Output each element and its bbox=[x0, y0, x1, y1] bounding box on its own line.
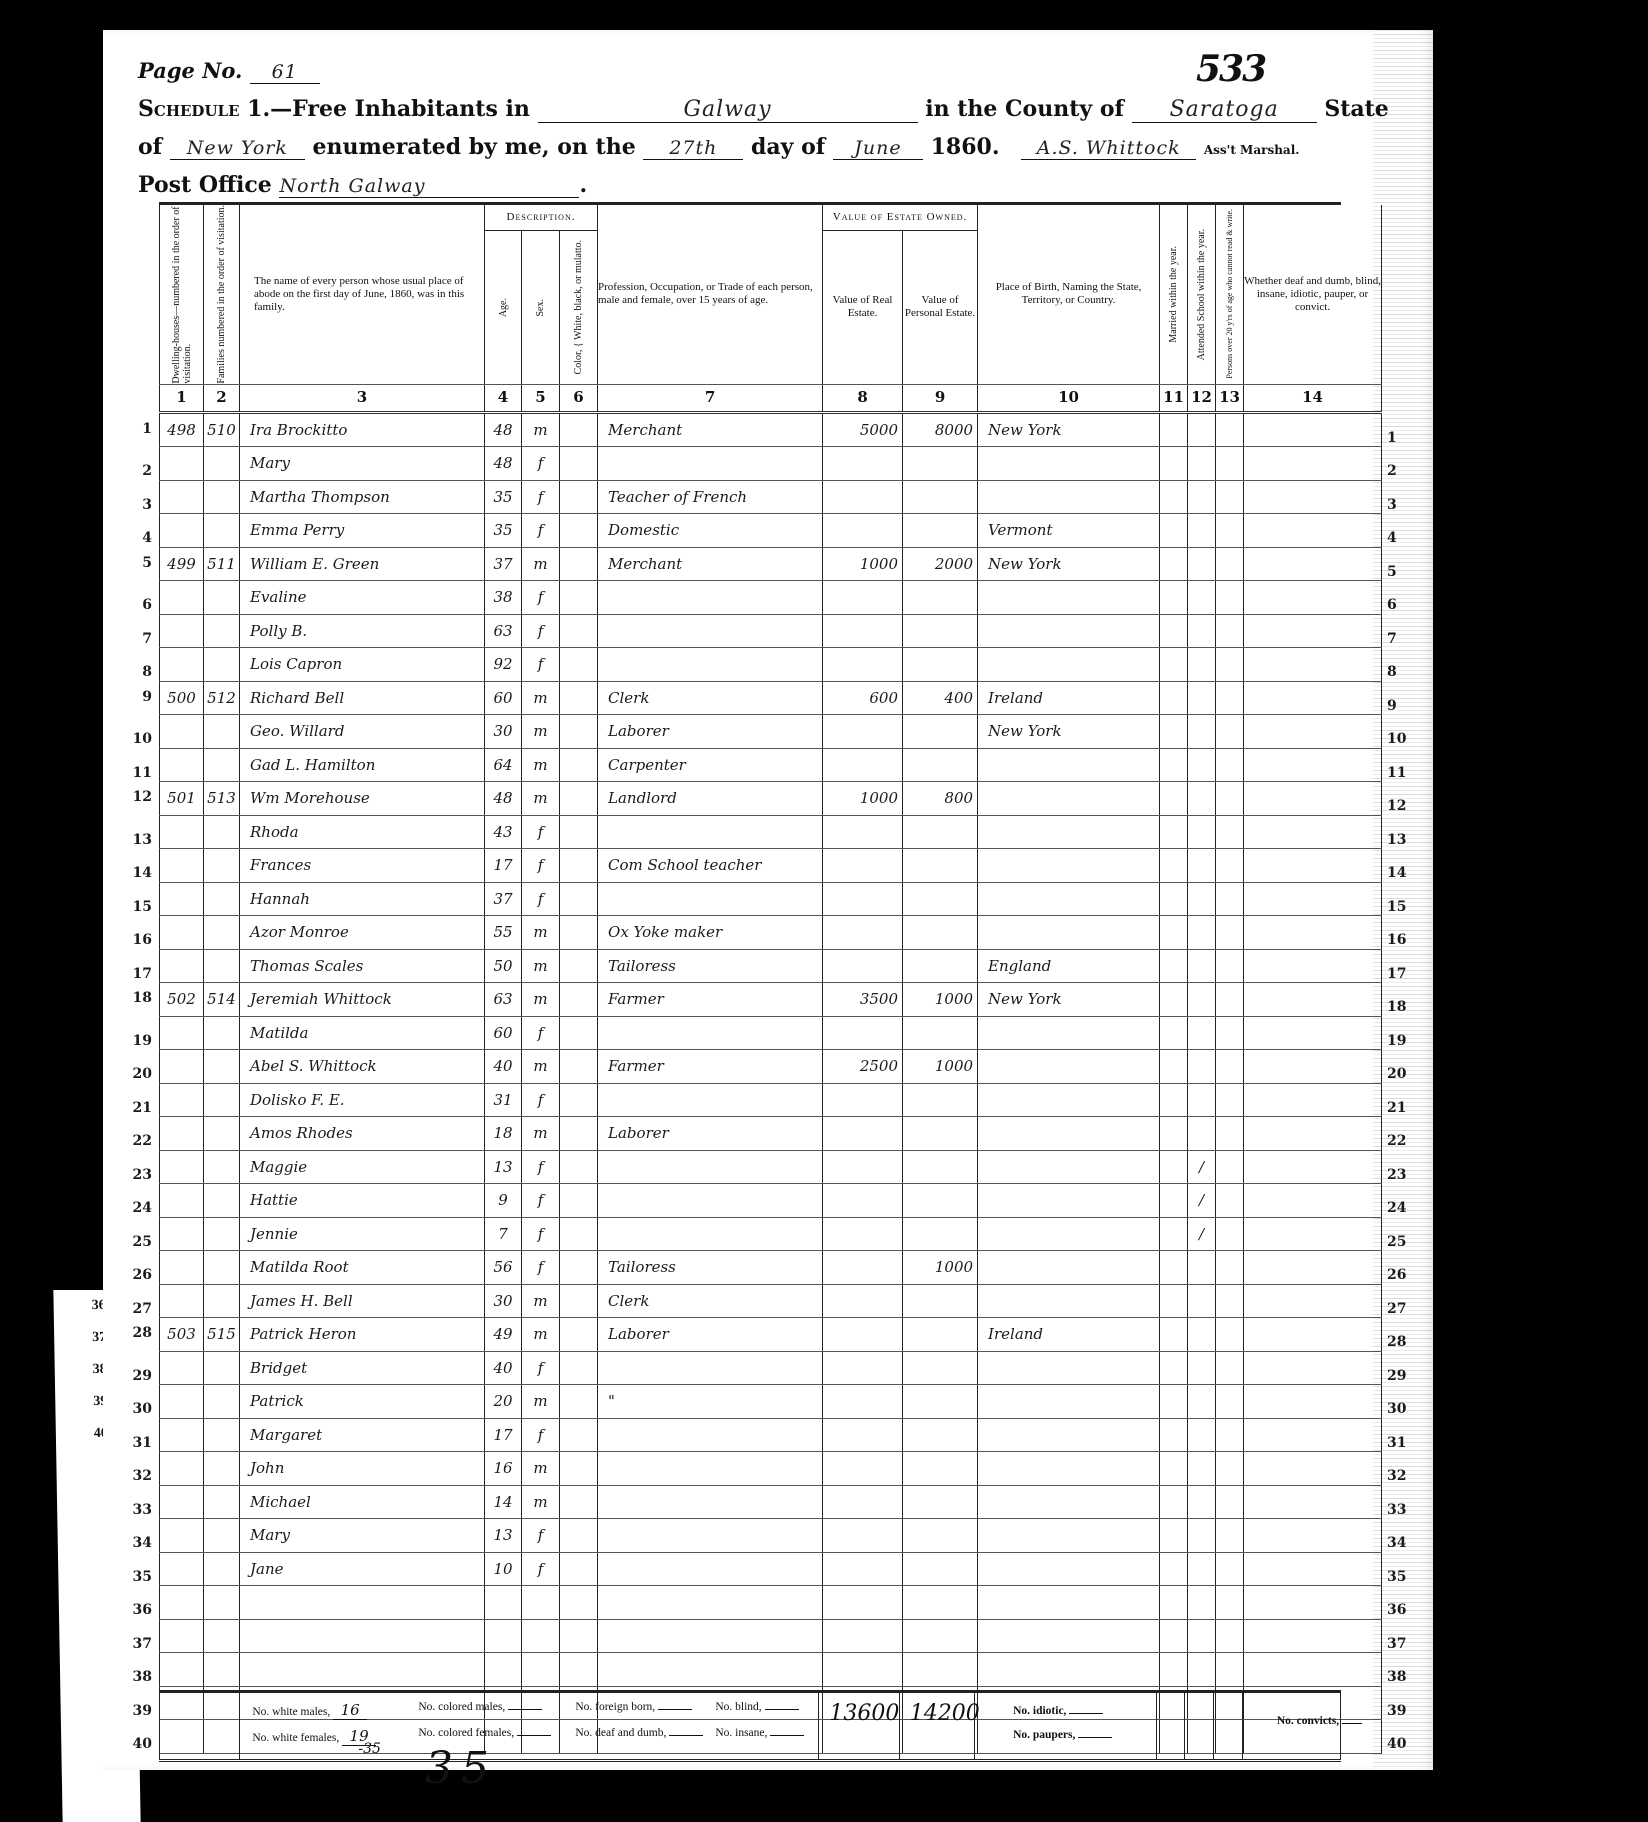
sex-cell: m bbox=[522, 681, 560, 715]
real-estate-cell bbox=[823, 949, 903, 983]
dwelling-number-cell: 38 bbox=[160, 1653, 204, 1687]
line-number-left: 7 bbox=[122, 631, 152, 647]
white-persons-total: -35 bbox=[358, 1741, 381, 1757]
age-cell: 40 bbox=[485, 1050, 522, 1084]
occupation-value: Domestic bbox=[608, 521, 679, 539]
condition-cell: 37 bbox=[1244, 1619, 1382, 1653]
personal-estate-cell bbox=[903, 1519, 978, 1553]
occupation-cell bbox=[598, 614, 823, 648]
sex-value: f bbox=[538, 1359, 544, 1377]
married-cell bbox=[1160, 1586, 1188, 1620]
age-value: 10 bbox=[493, 1560, 512, 1578]
sex-cell: m bbox=[522, 949, 560, 983]
family-number-cell bbox=[204, 1485, 240, 1519]
family-number-cell bbox=[204, 882, 240, 916]
line-number-right: 8 bbox=[1387, 664, 1417, 680]
married-cell bbox=[1160, 815, 1188, 849]
name-value: Patrick Heron bbox=[250, 1325, 356, 1343]
table-row: 50328515Patrick Heron49mLaborerIreland28 bbox=[160, 1318, 1382, 1352]
column-header-personal-estate: Value of Personal Estate. bbox=[903, 231, 978, 385]
school-cell bbox=[1188, 1485, 1216, 1519]
age-cell: 92 bbox=[485, 648, 522, 682]
paupers-count: No. paupers, bbox=[1013, 1729, 1112, 1741]
personal-estate-cell: 1000 bbox=[903, 983, 978, 1017]
age-value: 37 bbox=[493, 890, 512, 908]
school-cell bbox=[1188, 581, 1216, 615]
table-row: 3838 bbox=[160, 1653, 1382, 1687]
dwelling-number-cell: 3 bbox=[160, 480, 204, 514]
condition-cell: 5 bbox=[1244, 547, 1382, 581]
occupation-value: Teacher of French bbox=[608, 488, 747, 506]
occupation-cell bbox=[598, 1552, 823, 1586]
birthplace-cell bbox=[978, 1117, 1160, 1151]
schedule-title-bold: Schedule 1. bbox=[138, 96, 270, 122]
school-cell bbox=[1188, 1586, 1216, 1620]
column-header-sex: Sex. bbox=[522, 231, 560, 385]
age-cell: 63 bbox=[485, 614, 522, 648]
sex-value: m bbox=[533, 421, 547, 439]
color-cell bbox=[560, 581, 598, 615]
real-estate-cell bbox=[823, 1619, 903, 1653]
personal-estate-value: 2000 bbox=[935, 555, 973, 573]
personal-estate-cell bbox=[903, 1217, 978, 1251]
family-number-value: 511 bbox=[207, 555, 236, 573]
birthplace-cell: England bbox=[978, 949, 1160, 983]
real-estate-total: 13600 bbox=[829, 1701, 899, 1726]
marshal-signature: A.S. Whittock bbox=[1021, 137, 1196, 160]
column-group-estate: Value of Estate Owned. bbox=[823, 205, 978, 231]
sex-cell: f bbox=[522, 882, 560, 916]
color-cell bbox=[560, 1050, 598, 1084]
age-value: 40 bbox=[493, 1359, 512, 1377]
family-number-cell: 511 bbox=[204, 547, 240, 581]
family-number-cell bbox=[204, 1619, 240, 1653]
school-cell bbox=[1188, 648, 1216, 682]
enumeration-line: of New York enumerated by me, on the 27t… bbox=[138, 134, 1299, 160]
line-number-right: 7 bbox=[1387, 631, 1417, 647]
married-cell bbox=[1160, 1653, 1188, 1687]
family-number-cell bbox=[204, 1653, 240, 1687]
sex-cell: m bbox=[522, 782, 560, 816]
name-cell: Margaret bbox=[240, 1418, 485, 1452]
birthplace-cell bbox=[978, 648, 1160, 682]
condition-cell: 7 bbox=[1244, 614, 1382, 648]
table-row: 31Margaret17f31 bbox=[160, 1418, 1382, 1452]
condition-cell: 34 bbox=[1244, 1519, 1382, 1553]
married-cell bbox=[1160, 715, 1188, 749]
blind-count: No. blind, bbox=[715, 1701, 798, 1713]
line-number-right: 5 bbox=[1387, 564, 1417, 580]
condition-cell: 1 bbox=[1244, 412, 1382, 447]
line-number-left: 38 bbox=[122, 1669, 152, 1685]
line-number-left: 4 bbox=[122, 530, 152, 546]
condition-cell: 36 bbox=[1244, 1586, 1382, 1620]
married-cell bbox=[1160, 614, 1188, 648]
married-cell bbox=[1160, 480, 1188, 514]
sex-cell: f bbox=[522, 849, 560, 883]
age-value: 31 bbox=[493, 1091, 512, 1109]
condition-cell: 19 bbox=[1244, 1016, 1382, 1050]
name-value: Polly B. bbox=[250, 622, 307, 640]
summary-school-cell bbox=[1184, 1693, 1213, 1759]
age-value: 7 bbox=[498, 1225, 508, 1243]
name-cell: Jane bbox=[240, 1552, 485, 1586]
condition-cell: 23 bbox=[1244, 1150, 1382, 1184]
name-cell: Wm Morehouse bbox=[240, 782, 485, 816]
column-number: 12 bbox=[1188, 384, 1216, 412]
color-cell bbox=[560, 1418, 598, 1452]
personal-estate-value: 400 bbox=[944, 689, 973, 707]
condition-cell: 9 bbox=[1244, 681, 1382, 715]
personal-estate-cell bbox=[903, 1552, 978, 1586]
name-cell: Rhoda bbox=[240, 815, 485, 849]
line-number-right: 3 bbox=[1387, 497, 1417, 513]
age-cell: 35 bbox=[485, 480, 522, 514]
census-table-wrapper: Dwelling-houses—numbered in the order of… bbox=[159, 202, 1341, 1754]
age-cell: 9 bbox=[485, 1184, 522, 1218]
table-row: 32John16m32 bbox=[160, 1452, 1382, 1486]
line-number-right: 29 bbox=[1387, 1368, 1417, 1384]
dwelling-number-cell: 16 bbox=[160, 916, 204, 950]
real-estate-cell bbox=[823, 1552, 903, 1586]
name-cell: Jennie bbox=[240, 1217, 485, 1251]
age-cell: 48 bbox=[485, 782, 522, 816]
birthplace-cell: Ireland bbox=[978, 1318, 1160, 1352]
name-value: Thomas Scales bbox=[250, 957, 363, 975]
dwelling-number-value: 503 bbox=[167, 1325, 196, 1343]
age-value: 18 bbox=[493, 1124, 512, 1142]
condition-cell: 14 bbox=[1244, 849, 1382, 883]
age-value: 35 bbox=[493, 488, 512, 506]
color-cell bbox=[560, 1586, 598, 1620]
condition-cell: 38 bbox=[1244, 1653, 1382, 1687]
condition-cell: 25 bbox=[1244, 1217, 1382, 1251]
condition-cell: 18 bbox=[1244, 983, 1382, 1017]
line-number-left: 24 bbox=[122, 1200, 152, 1216]
line-number-right: 9 bbox=[1387, 698, 1417, 714]
sex-value: f bbox=[538, 823, 544, 841]
condition-cell: 12 bbox=[1244, 782, 1382, 816]
condition-cell: 2 bbox=[1244, 447, 1382, 481]
married-cell bbox=[1160, 1251, 1188, 1285]
town-field: Galway bbox=[538, 97, 918, 123]
age-value: 43 bbox=[493, 823, 512, 841]
line-number-right: 13 bbox=[1387, 832, 1417, 848]
sex-value: f bbox=[538, 1024, 544, 1042]
illiterate-cell bbox=[1216, 1619, 1244, 1653]
occupation-cell bbox=[598, 1452, 823, 1486]
school-cell bbox=[1188, 715, 1216, 749]
occupation-cell bbox=[598, 1519, 823, 1553]
name-value: Hannah bbox=[250, 890, 310, 908]
occupation-cell: Laborer bbox=[598, 1117, 823, 1151]
personal-estate-cell bbox=[903, 1485, 978, 1519]
line-number-right: 30 bbox=[1387, 1401, 1417, 1417]
dwelling-number-cell: 7 bbox=[160, 614, 204, 648]
condition-cell: 27 bbox=[1244, 1284, 1382, 1318]
condition-cell: 3 bbox=[1244, 480, 1382, 514]
line-number-right: 15 bbox=[1387, 899, 1417, 915]
school-cell bbox=[1188, 815, 1216, 849]
age-value: 60 bbox=[493, 689, 512, 707]
personal-estate-cell bbox=[903, 1385, 978, 1419]
personal-estate-cell bbox=[903, 648, 978, 682]
name-value: Emma Perry bbox=[250, 521, 344, 539]
dwelling-number-cell: 36 bbox=[160, 1586, 204, 1620]
sex-cell: f bbox=[522, 1519, 560, 1553]
sex-value: m bbox=[533, 1392, 547, 1410]
post-office-line: Post Office North Galway. bbox=[138, 172, 587, 198]
school-cell bbox=[1188, 983, 1216, 1017]
name-value: Michael bbox=[250, 1493, 311, 1511]
dwelling-number-cell: 27 bbox=[160, 1284, 204, 1318]
table-row: 14Frances17fCom School teacher14 bbox=[160, 849, 1382, 883]
sex-cell: m bbox=[522, 412, 560, 447]
name-cell: Hannah bbox=[240, 882, 485, 916]
name-cell: Thomas Scales bbox=[240, 949, 485, 983]
state-field: New York bbox=[170, 137, 305, 160]
occupation-cell: " bbox=[598, 1385, 823, 1419]
page-summary: No. white males, 16 No. white females, 1… bbox=[159, 1690, 1341, 1762]
line-number-right: 10 bbox=[1387, 731, 1417, 747]
line-number-right: 38 bbox=[1387, 1669, 1417, 1685]
occupation-value: Ox Yoke maker bbox=[608, 923, 722, 941]
sex-cell: f bbox=[522, 1184, 560, 1218]
line-number-left: 35 bbox=[122, 1569, 152, 1585]
color-cell bbox=[560, 1117, 598, 1151]
age-cell: 30 bbox=[485, 1284, 522, 1318]
name-value: Martha Thompson bbox=[250, 488, 390, 506]
sex-cell: m bbox=[522, 1452, 560, 1486]
dwelling-number-cell: 50328 bbox=[160, 1318, 204, 1352]
handwritten-page-total: 35 bbox=[425, 1743, 497, 1794]
sex-cell: f bbox=[522, 1552, 560, 1586]
dwelling-number-cell: 8 bbox=[160, 648, 204, 682]
personal-estate-cell bbox=[903, 916, 978, 950]
married-cell bbox=[1160, 1519, 1188, 1553]
insane-count: No. insane, bbox=[715, 1727, 804, 1739]
name-value: Richard Bell bbox=[250, 689, 344, 707]
illiterate-cell bbox=[1216, 949, 1244, 983]
line-number-left: 1 bbox=[122, 421, 152, 437]
sex-value: f bbox=[538, 1191, 544, 1209]
dwelling-number-cell: 21 bbox=[160, 1083, 204, 1117]
illiterate-cell bbox=[1216, 849, 1244, 883]
name-value: John bbox=[250, 1459, 284, 1477]
line-number-left: 27 bbox=[122, 1301, 152, 1317]
sex-value: m bbox=[533, 1493, 547, 1511]
birthplace-cell bbox=[978, 447, 1160, 481]
occupation-value: Farmer bbox=[608, 990, 664, 1008]
line-number-left: 19 bbox=[122, 1033, 152, 1049]
name-value: Jeremiah Whittock bbox=[250, 990, 392, 1008]
sex-cell: f bbox=[522, 815, 560, 849]
family-number-cell bbox=[204, 1351, 240, 1385]
sex-value: f bbox=[538, 521, 544, 539]
school-cell bbox=[1188, 882, 1216, 916]
age-value: 13 bbox=[493, 1158, 512, 1176]
married-cell bbox=[1160, 581, 1188, 615]
age-cell: 50 bbox=[485, 949, 522, 983]
school-cell: / bbox=[1188, 1184, 1216, 1218]
column-header-color: Color, { White, black, or mulatto. bbox=[560, 231, 598, 385]
name-cell: James H. Bell bbox=[240, 1284, 485, 1318]
condition-cell: 20 bbox=[1244, 1050, 1382, 1084]
sex-cell: m bbox=[522, 715, 560, 749]
occupation-cell: Ox Yoke maker bbox=[598, 916, 823, 950]
occupation-value: Carpenter bbox=[608, 756, 686, 774]
dwelling-number-cell: 2 bbox=[160, 447, 204, 481]
table-row: 24Hattie9f/24 bbox=[160, 1184, 1382, 1218]
illiterate-cell bbox=[1216, 1552, 1244, 1586]
line-number-left: 13 bbox=[122, 832, 152, 848]
family-number-cell bbox=[204, 1016, 240, 1050]
condition-cell: 16 bbox=[1244, 916, 1382, 950]
family-number-value: 515 bbox=[207, 1325, 236, 1343]
color-cell bbox=[560, 412, 598, 447]
table-row: 19Matilda60f19 bbox=[160, 1016, 1382, 1050]
age-cell: 18 bbox=[485, 1117, 522, 1151]
line-number-left: 12 bbox=[122, 789, 152, 805]
table-row: 3Martha Thompson35fTeacher of French3 bbox=[160, 480, 1382, 514]
column-header-birthplace: Place of Birth, Naming the State, Territ… bbox=[978, 205, 1160, 384]
birthplace-cell bbox=[978, 581, 1160, 615]
illiterate-cell bbox=[1216, 1150, 1244, 1184]
condition-cell: 11 bbox=[1244, 748, 1382, 782]
age-cell: 14 bbox=[485, 1485, 522, 1519]
real-estate-cell bbox=[823, 1452, 903, 1486]
married-cell bbox=[1160, 916, 1188, 950]
sex-cell: f bbox=[522, 614, 560, 648]
birthplace-cell bbox=[978, 1251, 1160, 1285]
name-cell: Evaline bbox=[240, 581, 485, 615]
name-cell: Patrick Heron bbox=[240, 1318, 485, 1352]
birthplace-cell bbox=[978, 1519, 1160, 1553]
sex-cell: f bbox=[522, 581, 560, 615]
personal-estate-cell bbox=[903, 1586, 978, 1620]
name-cell: Abel S. Whittock bbox=[240, 1050, 485, 1084]
line-number-right: 24 bbox=[1387, 1200, 1417, 1216]
school-cell bbox=[1188, 514, 1216, 548]
personal-estate-cell bbox=[903, 1619, 978, 1653]
sex-cell: f bbox=[522, 447, 560, 481]
name-cell: Ira Brockitto bbox=[240, 412, 485, 447]
line-number-left: 23 bbox=[122, 1167, 152, 1183]
day-field: 27th bbox=[643, 137, 743, 160]
birthplace-cell bbox=[978, 916, 1160, 950]
line-number-left: 34 bbox=[122, 1535, 152, 1551]
dwelling-number-cell: 37 bbox=[160, 1619, 204, 1653]
condition-cell: 28 bbox=[1244, 1318, 1382, 1352]
line-number-left: 9 bbox=[122, 689, 152, 705]
sex-value: f bbox=[538, 1158, 544, 1176]
dwelling-number-cell: 19 bbox=[160, 1016, 204, 1050]
dwelling-number-cell: 50218 bbox=[160, 983, 204, 1017]
married-cell bbox=[1160, 1418, 1188, 1452]
illiterate-cell bbox=[1216, 882, 1244, 916]
family-number-cell bbox=[204, 480, 240, 514]
birthplace-cell bbox=[978, 1653, 1160, 1687]
color-cell bbox=[560, 514, 598, 548]
name-cell: Richard Bell bbox=[240, 681, 485, 715]
birthplace-cell bbox=[978, 882, 1160, 916]
column-number: 6 bbox=[560, 384, 598, 412]
table-row: 7Polly B.63f7 bbox=[160, 614, 1382, 648]
illiterate-cell bbox=[1216, 1284, 1244, 1318]
table-row: 25Jennie7f/25 bbox=[160, 1217, 1382, 1251]
illiterate-cell bbox=[1216, 1418, 1244, 1452]
name-value: Mary bbox=[250, 1526, 290, 1544]
line-number-left: 40 bbox=[122, 1736, 152, 1752]
column-header-married: Married within the year. bbox=[1160, 205, 1188, 384]
line-number-right: 12 bbox=[1387, 798, 1417, 814]
sex-cell bbox=[522, 1619, 560, 1653]
family-number-cell bbox=[204, 1217, 240, 1251]
name-cell: Matilda bbox=[240, 1016, 485, 1050]
color-cell bbox=[560, 1653, 598, 1687]
personal-estate-cell: 800 bbox=[903, 782, 978, 816]
dwelling-number-cell: 14 bbox=[160, 849, 204, 883]
line-number-right: 35 bbox=[1387, 1569, 1417, 1585]
illiterate-cell bbox=[1216, 1251, 1244, 1285]
name-cell bbox=[240, 1653, 485, 1687]
birthplace-cell: New York bbox=[978, 983, 1160, 1017]
sex-cell: f bbox=[522, 1251, 560, 1285]
school-cell bbox=[1188, 782, 1216, 816]
personal-estate-cell bbox=[903, 1184, 978, 1218]
sex-value: f bbox=[538, 1560, 544, 1578]
family-number-value: 513 bbox=[207, 789, 236, 807]
age-value: 48 bbox=[493, 454, 512, 472]
school-cell bbox=[1188, 748, 1216, 782]
sex-cell: f bbox=[522, 1150, 560, 1184]
married-cell bbox=[1160, 782, 1188, 816]
sex-value: f bbox=[538, 588, 544, 606]
personal-estate-value: 800 bbox=[944, 789, 973, 807]
personal-estate-value: 8000 bbox=[935, 421, 973, 439]
school-cell bbox=[1188, 1552, 1216, 1586]
personal-estate-cell bbox=[903, 1150, 978, 1184]
condition-cell: 13 bbox=[1244, 815, 1382, 849]
column-number: 7 bbox=[598, 384, 823, 412]
real-estate-cell bbox=[823, 1016, 903, 1050]
age-cell: 38 bbox=[485, 581, 522, 615]
real-estate-value: 1000 bbox=[860, 555, 898, 573]
birthplace-value: Ireland bbox=[988, 1325, 1043, 1343]
color-cell bbox=[560, 447, 598, 481]
dwelling-number-cell: 10 bbox=[160, 715, 204, 749]
name-value: Hattie bbox=[250, 1191, 298, 1209]
table-row: 10Geo. Willard30mLaborerNew York10 bbox=[160, 715, 1382, 749]
family-number-cell bbox=[204, 614, 240, 648]
real-estate-cell: 1000 bbox=[823, 782, 903, 816]
color-cell bbox=[560, 949, 598, 983]
table-row: 29Bridget40f29 bbox=[160, 1351, 1382, 1385]
real-estate-total-cell: 13600 bbox=[818, 1693, 898, 1759]
family-number-cell bbox=[204, 1552, 240, 1586]
name-cell: Azor Monroe bbox=[240, 916, 485, 950]
column-number: 3 bbox=[240, 384, 485, 412]
age-cell: 13 bbox=[485, 1519, 522, 1553]
name-value: Wm Morehouse bbox=[250, 789, 370, 807]
birthplace-value: England bbox=[988, 957, 1051, 975]
real-estate-cell bbox=[823, 514, 903, 548]
condition-cell: 4 bbox=[1244, 514, 1382, 548]
marshal-label: Ass't Marshal. bbox=[1204, 143, 1300, 157]
name-cell: William E. Green bbox=[240, 547, 485, 581]
occupation-value: Farmer bbox=[608, 1057, 664, 1075]
dwelling-number-cell: 22 bbox=[160, 1117, 204, 1151]
